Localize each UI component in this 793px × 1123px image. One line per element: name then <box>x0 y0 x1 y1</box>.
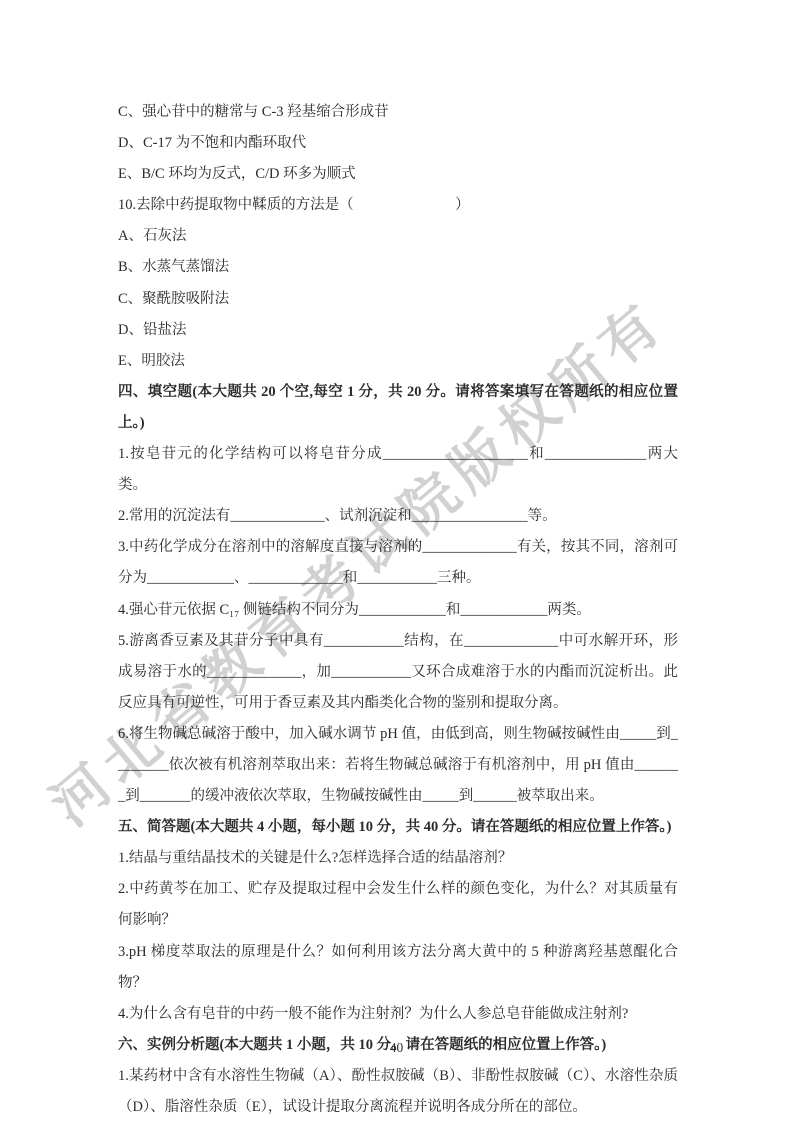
short-answer-question-3: 3.pH 梯度萃取法的原理是什么？如何利用该方法分离大黄中的 5 种游离羟基蒽醌… <box>118 937 678 999</box>
question10-option-e: E、明胶法 <box>118 346 678 377</box>
exam-content: C、强心苷中的糖常与 C-3 羟基缩合形成苷 D、C-17 为不饱和内酯环取代 … <box>118 97 678 1123</box>
section-heading-fill-blank: 四、填空题(本大题共 20 个空,每空 1 分，共 20 分。请将答案填写在答题… <box>118 377 678 439</box>
option-line-e: E、B/C 环均为反式，C/D 环多为顺式 <box>118 159 678 190</box>
question10-option-a: A、石灰法 <box>118 221 678 252</box>
short-answer-question-1: 1.结晶与重结晶技术的关键是什么?怎样选择合适的结晶溶剂？ <box>118 843 678 874</box>
fill-blank-question-2: 2.常用的沉淀法有_____________、试剂沉淀和____________… <box>118 501 678 532</box>
fill-blank-question-5: 5.游离香豆素及其苷分子中具有___________结构，在__________… <box>118 626 678 719</box>
document-page: 河北省教育考试院版权所有 C、强心苷中的糖常与 C-3 羟基缩合形成苷 D、C-… <box>0 0 793 1123</box>
case-analysis-question-1: 1.某药材中含有水溶性生物碱（A）、酚性叔胺碱（B）、非酚性叔胺碱（C）、水溶性… <box>118 1061 678 1123</box>
question10-option-c: C、聚酰胺吸附法 <box>118 284 678 315</box>
short-answer-question-2: 2.中药黄芩在加工、贮存及提取过程中会发生什么样的颜色变化，为什么？对其质量有何… <box>118 874 678 936</box>
option-line-d: D、C-17 为不饱和内酯环取代 <box>118 128 678 159</box>
fill-blank-question-1: 1.按皂苷元的化学结构可以将皂苷分成____________________和_… <box>118 439 678 501</box>
option-line-c: C、强心苷中的糖常与 C-3 羟基缩合形成苷 <box>118 97 678 128</box>
fill-blank-question-4: 4.强心苷元依据 C₁₇ 侧链结构不同分为____________和______… <box>118 595 678 626</box>
question10-option-b: B、水蒸气蒸馏法 <box>118 252 678 283</box>
section-heading-short-answer: 五、简答题(本大题共 4 小题，每小题 10 分，共 40 分。请在答题纸的相应… <box>118 812 678 843</box>
fill-blank-question-6: 6.将生物碱总碱溶于酸中，加入碱水调节 pH 值，由低到高，则生物碱按碱性由__… <box>118 719 678 812</box>
page-number: 40 <box>0 1038 793 1058</box>
short-answer-question-4: 4.为什么含有皂苷的中药一般不能作为注射剂？为什么人参总皂苷能做成注射剂? <box>118 999 678 1030</box>
question10-stem: 10.去除中药提取物中鞣质的方法是（ ） <box>118 190 678 221</box>
fill-blank-question-3: 3.中药化学成分在溶剂中的溶解度直接与溶剂的_____________有关，按其… <box>118 532 678 594</box>
question10-option-d: D、铅盐法 <box>118 315 678 346</box>
